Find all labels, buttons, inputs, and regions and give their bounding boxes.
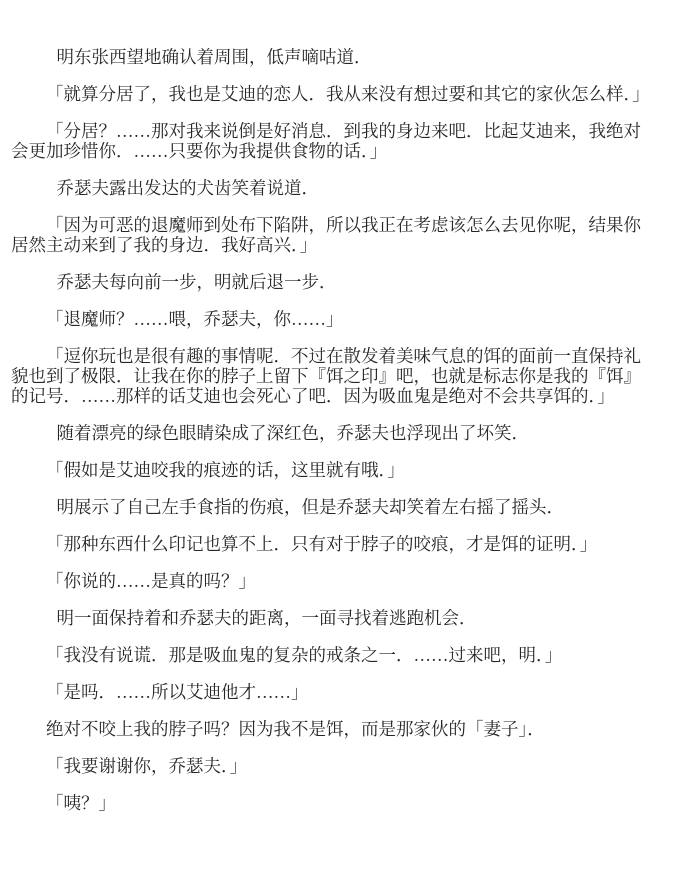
paragraph: 乔瑟夫每向前一步，明就后退一步． bbox=[11, 272, 646, 292]
paragraph: 「分居？……那对我来说倒是好消息．到我的身边来吧．比起艾迪来，我绝对会更加珍惜你… bbox=[11, 121, 646, 161]
paragraph: 「那种东西什么印记也算不上．只有对于脖子的咬痕，才是饵的证明．」 bbox=[11, 534, 646, 554]
paragraph: 「我要谢谢你，乔瑟夫．」 bbox=[11, 756, 646, 776]
paragraph: 「假如是艾迪咬我的痕迹的话，这里就有哦．」 bbox=[11, 460, 646, 480]
paragraph: 「逗你玩也是很有趣的事情呢．不过在散发着美味气息的饵的面前一直保持礼貌也到了极限… bbox=[11, 346, 646, 406]
paragraph: 「就算分居了，我也是艾迪的恋人．我从来没有想过要和其它的家伙怎么样．」 bbox=[11, 84, 646, 104]
paragraph: 「咦？」 bbox=[11, 793, 646, 813]
paragraph: 「是吗．……所以艾迪他才……」 bbox=[11, 682, 646, 702]
paragraph: 随着漂亮的绿色眼睛染成了深红色，乔瑟夫也浮现出了坏笑． bbox=[11, 423, 646, 443]
paragraph: 明展示了自己左手食指的伤痕，但是乔瑟夫却笑着左右摇了摇头． bbox=[11, 497, 646, 517]
paragraph: 「你说的……是真的吗？」 bbox=[11, 571, 646, 591]
paragraph: 明东张西望地确认着周围，低声嘀咕道． bbox=[11, 47, 646, 67]
novel-text-page: 明东张西望地确认着周围，低声嘀咕道． 「就算分居了，我也是艾迪的恋人．我从来没有… bbox=[0, 0, 680, 880]
paragraph: 「我没有说谎．那是吸血鬼的复杂的戒条之一．……过来吧，明．」 bbox=[11, 645, 646, 665]
paragraph: 明一面保持着和乔瑟夫的距离，一面寻找着逃跑机会． bbox=[11, 608, 646, 628]
paragraph: 「因为可恶的退魔师到处布下陷阱，所以我正在考虑该怎么去见你呢，结果你居然主动来到… bbox=[11, 215, 646, 255]
paragraph: 绝对不咬上我的脖子吗？因为我不是饵，而是那家伙的「妻子」． bbox=[11, 719, 646, 739]
paragraph: 「退魔师？……喂，乔瑟夫，你……」 bbox=[11, 309, 646, 329]
paragraph: 乔瑟夫露出发达的犬齿笑着说道． bbox=[11, 178, 646, 198]
